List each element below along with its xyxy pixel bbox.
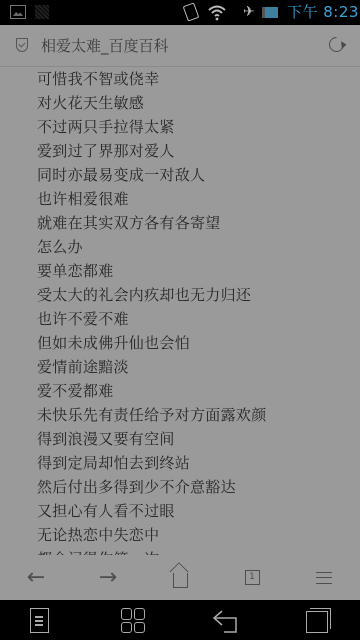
lyric-line: 又担心有人看不过眼	[37, 499, 347, 523]
lyric-line: 爱情前途黯淡	[37, 355, 347, 379]
browser-content: 相爱太难_百度百科 可惜我不智或侥幸 对火花天生敏感 不过两只手拉得太紧 爱到过…	[0, 25, 360, 600]
lyric-line: 爱到过了界那对爱人	[37, 139, 347, 163]
lyric-line: 然后付出多得到少不介意豁达	[37, 475, 347, 499]
apps-grid-icon[interactable]	[121, 608, 145, 633]
lyric-line: 就难在其实双方各有各寄望	[37, 211, 347, 235]
refresh-icon[interactable]	[326, 34, 347, 55]
back-button[interactable]: ←	[11, 555, 61, 600]
wifi-icon	[207, 3, 227, 21]
tabs-button[interactable]: 1	[227, 555, 277, 600]
arrow-left-icon: ←	[27, 565, 45, 590]
page-title[interactable]: 相爱太难_百度百科	[41, 36, 169, 56]
lyric-line: 也许不爱不难	[37, 307, 347, 331]
lyric-line: 无论热恋中失恋中	[37, 523, 347, 547]
browser-toolbar: ← → 1	[0, 555, 360, 600]
lyric-line: 得到浪漫又要有空间	[37, 427, 347, 451]
airplane-icon: ✈	[243, 3, 255, 21]
system-nav-bar	[0, 600, 360, 640]
recent-doc-icon[interactable]	[30, 608, 49, 633]
status-bar: ✈ 下午 8:23	[0, 0, 360, 25]
tabs-count: 1	[245, 570, 260, 585]
lyric-line: 要单恋都难	[37, 259, 347, 283]
menu-icon	[316, 572, 332, 584]
lyric-line: 怎么办	[37, 235, 347, 259]
shield-check-icon[interactable]	[16, 38, 28, 52]
clock: 下午 8:23	[287, 3, 359, 21]
gallery-icon	[10, 5, 26, 19]
home-icon	[173, 573, 188, 588]
forward-button[interactable]: →	[83, 555, 133, 600]
notification-icon	[35, 5, 49, 19]
menu-button[interactable]	[299, 555, 349, 600]
lyric-line: 未快乐先有责任给予对方面露欢颜	[37, 403, 347, 427]
screen-rotation-icon	[183, 2, 200, 21]
battery-icon	[262, 7, 278, 18]
back-icon[interactable]	[212, 608, 240, 633]
home-button[interactable]	[155, 555, 205, 600]
lyric-line: 但如未成佛升仙也会怕	[37, 331, 347, 355]
lyric-line: 同时亦最易变成一对敌人	[37, 163, 347, 187]
address-bar[interactable]: 相爱太难_百度百科	[0, 25, 360, 67]
lyric-line: 爱不爱都难	[37, 379, 347, 403]
lyric-line: 得到定局却怕去到终站	[37, 451, 347, 475]
lyric-line: 对火花天生敏感	[37, 91, 347, 115]
lyric-line: 也许相爱很难	[37, 187, 347, 211]
lyric-line: 受太大的礼会内疚却也无力归还	[37, 283, 347, 307]
windows-icon[interactable]	[306, 608, 331, 633]
lyric-line: 不过两只手拉得太紧	[37, 115, 347, 139]
lyrics-text: 可惜我不智或侥幸 对火花天生敏感 不过两只手拉得太紧 爱到过了界那对爱人 同时亦…	[37, 67, 347, 571]
arrow-right-icon: →	[99, 565, 117, 590]
lyric-line: 可惜我不智或侥幸	[37, 67, 347, 91]
